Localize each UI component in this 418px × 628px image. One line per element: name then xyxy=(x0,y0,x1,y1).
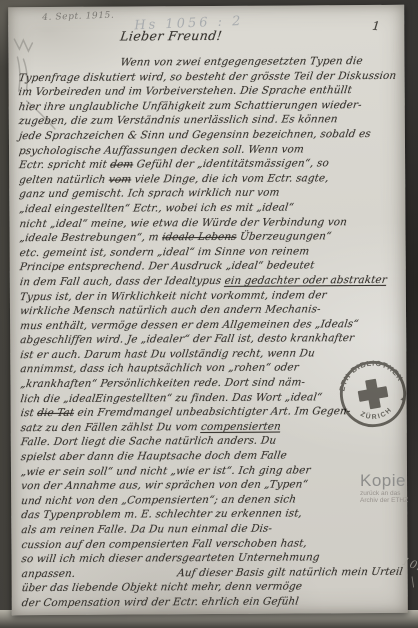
line-text: ist er auch. Darum hast Du vollständig r… xyxy=(20,347,316,361)
paragraph-gap xyxy=(75,576,177,577)
line-text: Wenn von zwei entgegengesetzten Typen di… xyxy=(120,55,364,68)
line-text: cussion auf den compensierten Fall versc… xyxy=(21,537,308,551)
watermark-subline-2: Archiv der ETHZ xyxy=(360,497,408,504)
line-text: „ideal eingestellten“ Ectr., wobei ich e… xyxy=(19,201,295,215)
line-text: satz zu den Fällen zählst Du vom xyxy=(20,421,202,434)
stamp-star-left-icon: ✦ xyxy=(343,407,349,414)
line-text: Überzeugungen“ xyxy=(236,230,332,243)
line-text: nicht „ideal“ meine, wie etwa die Würde … xyxy=(19,216,348,230)
page-number: 1 xyxy=(372,19,381,34)
line-text: so will ich mich dieser andersgearteten … xyxy=(21,552,321,566)
struck-word: dem xyxy=(109,159,134,171)
line-text: im Vorbeireden und im Vorbeiverstehen. D… xyxy=(18,84,353,98)
line-text: Typus ist, der in Wirklichkeit nicht vor… xyxy=(19,289,327,303)
line-text: lich die „idealEingestellten“ zu finden.… xyxy=(20,391,323,405)
underlined-phrase: compensierten xyxy=(200,420,281,432)
line-text: und nicht von den „Compensierten“; an de… xyxy=(20,493,296,507)
line-text: von der Annahme aus, wir sprächen von de… xyxy=(20,479,308,493)
handwritten-line: der Compensation wird der Ectr. ehrlich … xyxy=(21,594,415,611)
line-text: der Compensation wird der Ectr. ehrlich … xyxy=(21,595,299,609)
line-text: Typenfrage diskutiert wird, so besteht d… xyxy=(18,69,397,83)
line-text: in dem Fall auch, dass der Idealtypus xyxy=(19,275,225,288)
pencil-date-annotation: 4. Sept. 1915. xyxy=(42,11,115,23)
line-text: „krankhaften“ Persönlichkeiten rede. Dor… xyxy=(20,376,306,390)
line-text: „ideale Bestrebungen“, m xyxy=(19,231,163,244)
line-text: das Typenproblem m. E. schlechter zu erk… xyxy=(20,508,302,522)
line-text: jede Sprachzeichen & Sinn und Gegensinn … xyxy=(18,128,371,142)
line-text: annimmst, dass ich hauptsächlich von „ro… xyxy=(20,362,300,376)
line-text: psychologische Auffassungen decken soll.… xyxy=(18,143,304,157)
line-text: Gefühl der „identitätsmässigen“, so xyxy=(132,157,329,170)
struck-word: vom xyxy=(108,173,132,185)
struck-word: die Tat xyxy=(36,407,74,419)
watermark-subline-1: zurück an das xyxy=(360,490,408,497)
line-text: Falle. Dort liegt die Sache natürlich an… xyxy=(20,435,277,449)
struck-word: ideale Lebens xyxy=(161,231,237,243)
letter-page: 4. Sept. 1915. Hs 1056 : 2 1 Lieber Freu… xyxy=(8,5,408,615)
letter-salutation: Lieber Freund! xyxy=(119,28,223,44)
line-text: hier ihre unglaubliche Unfähigkeit zum S… xyxy=(18,99,362,113)
kopie-label: Kopie xyxy=(360,472,408,490)
kopie-archive-watermark: Kopie zurück an das Archiv der ETHZ xyxy=(360,472,408,504)
line-text: Auf dieser Basis gilt natürlich mein Urt… xyxy=(176,566,403,579)
line-text: abgeschliffen wird. Je „idealer“ der Fal… xyxy=(19,332,355,346)
line-text: gelten natürlich xyxy=(18,173,109,186)
eth-library-stamp: ETH·BIBLIOTHEK ZÜRICH ✦ ✦ xyxy=(334,355,413,434)
line-text: als am reinen Falle. Da Du nun einmal di… xyxy=(21,523,273,537)
line-text: „wie er sein soll“ und nicht „wie er ist… xyxy=(20,464,311,478)
photograph-background: 4. Sept. 1915. Hs 1056 : 2 1 Lieber Freu… xyxy=(0,0,418,628)
letter-body: Wenn von zwei entgegengesetzten Typen di… xyxy=(18,54,413,611)
handwritten-line: in dem Fall auch, dass der Idealtypus ei… xyxy=(19,273,413,290)
line-text: viele Dinge, die ich vom Ectr. sagte, xyxy=(130,172,329,185)
line-text: etc. gemeint ist, sondern „ideal“ im Sin… xyxy=(19,245,310,259)
line-text: wirkliche Mensch natürlich auch den ande… xyxy=(19,303,321,317)
line-text: mus enthält, vermöge dessen er dem Allge… xyxy=(19,318,359,332)
line-text: ganz und gemischt. Ich sprach wirklich n… xyxy=(19,187,281,201)
line-text: ist xyxy=(20,407,38,419)
line-text: über das liebende Objekt nicht mehr, den… xyxy=(21,581,303,595)
line-text: spielst aber dann die Hauptsache doch de… xyxy=(20,450,288,464)
line-text: zugeben, die zum Verständnis unerlässlic… xyxy=(18,114,338,128)
swiss-cross-icon xyxy=(356,377,390,411)
line-text: ein Fremdmangel unbeabsichtigter Art. Im… xyxy=(73,405,351,419)
underlined-phrase: ein gedachter oder abstrakter xyxy=(224,274,388,287)
line-text: Ectr. spricht mit xyxy=(18,159,111,172)
line-text: Principe entsprechend. Der Ausdruck „ide… xyxy=(19,260,315,274)
line-text: anpassen. xyxy=(21,568,76,580)
